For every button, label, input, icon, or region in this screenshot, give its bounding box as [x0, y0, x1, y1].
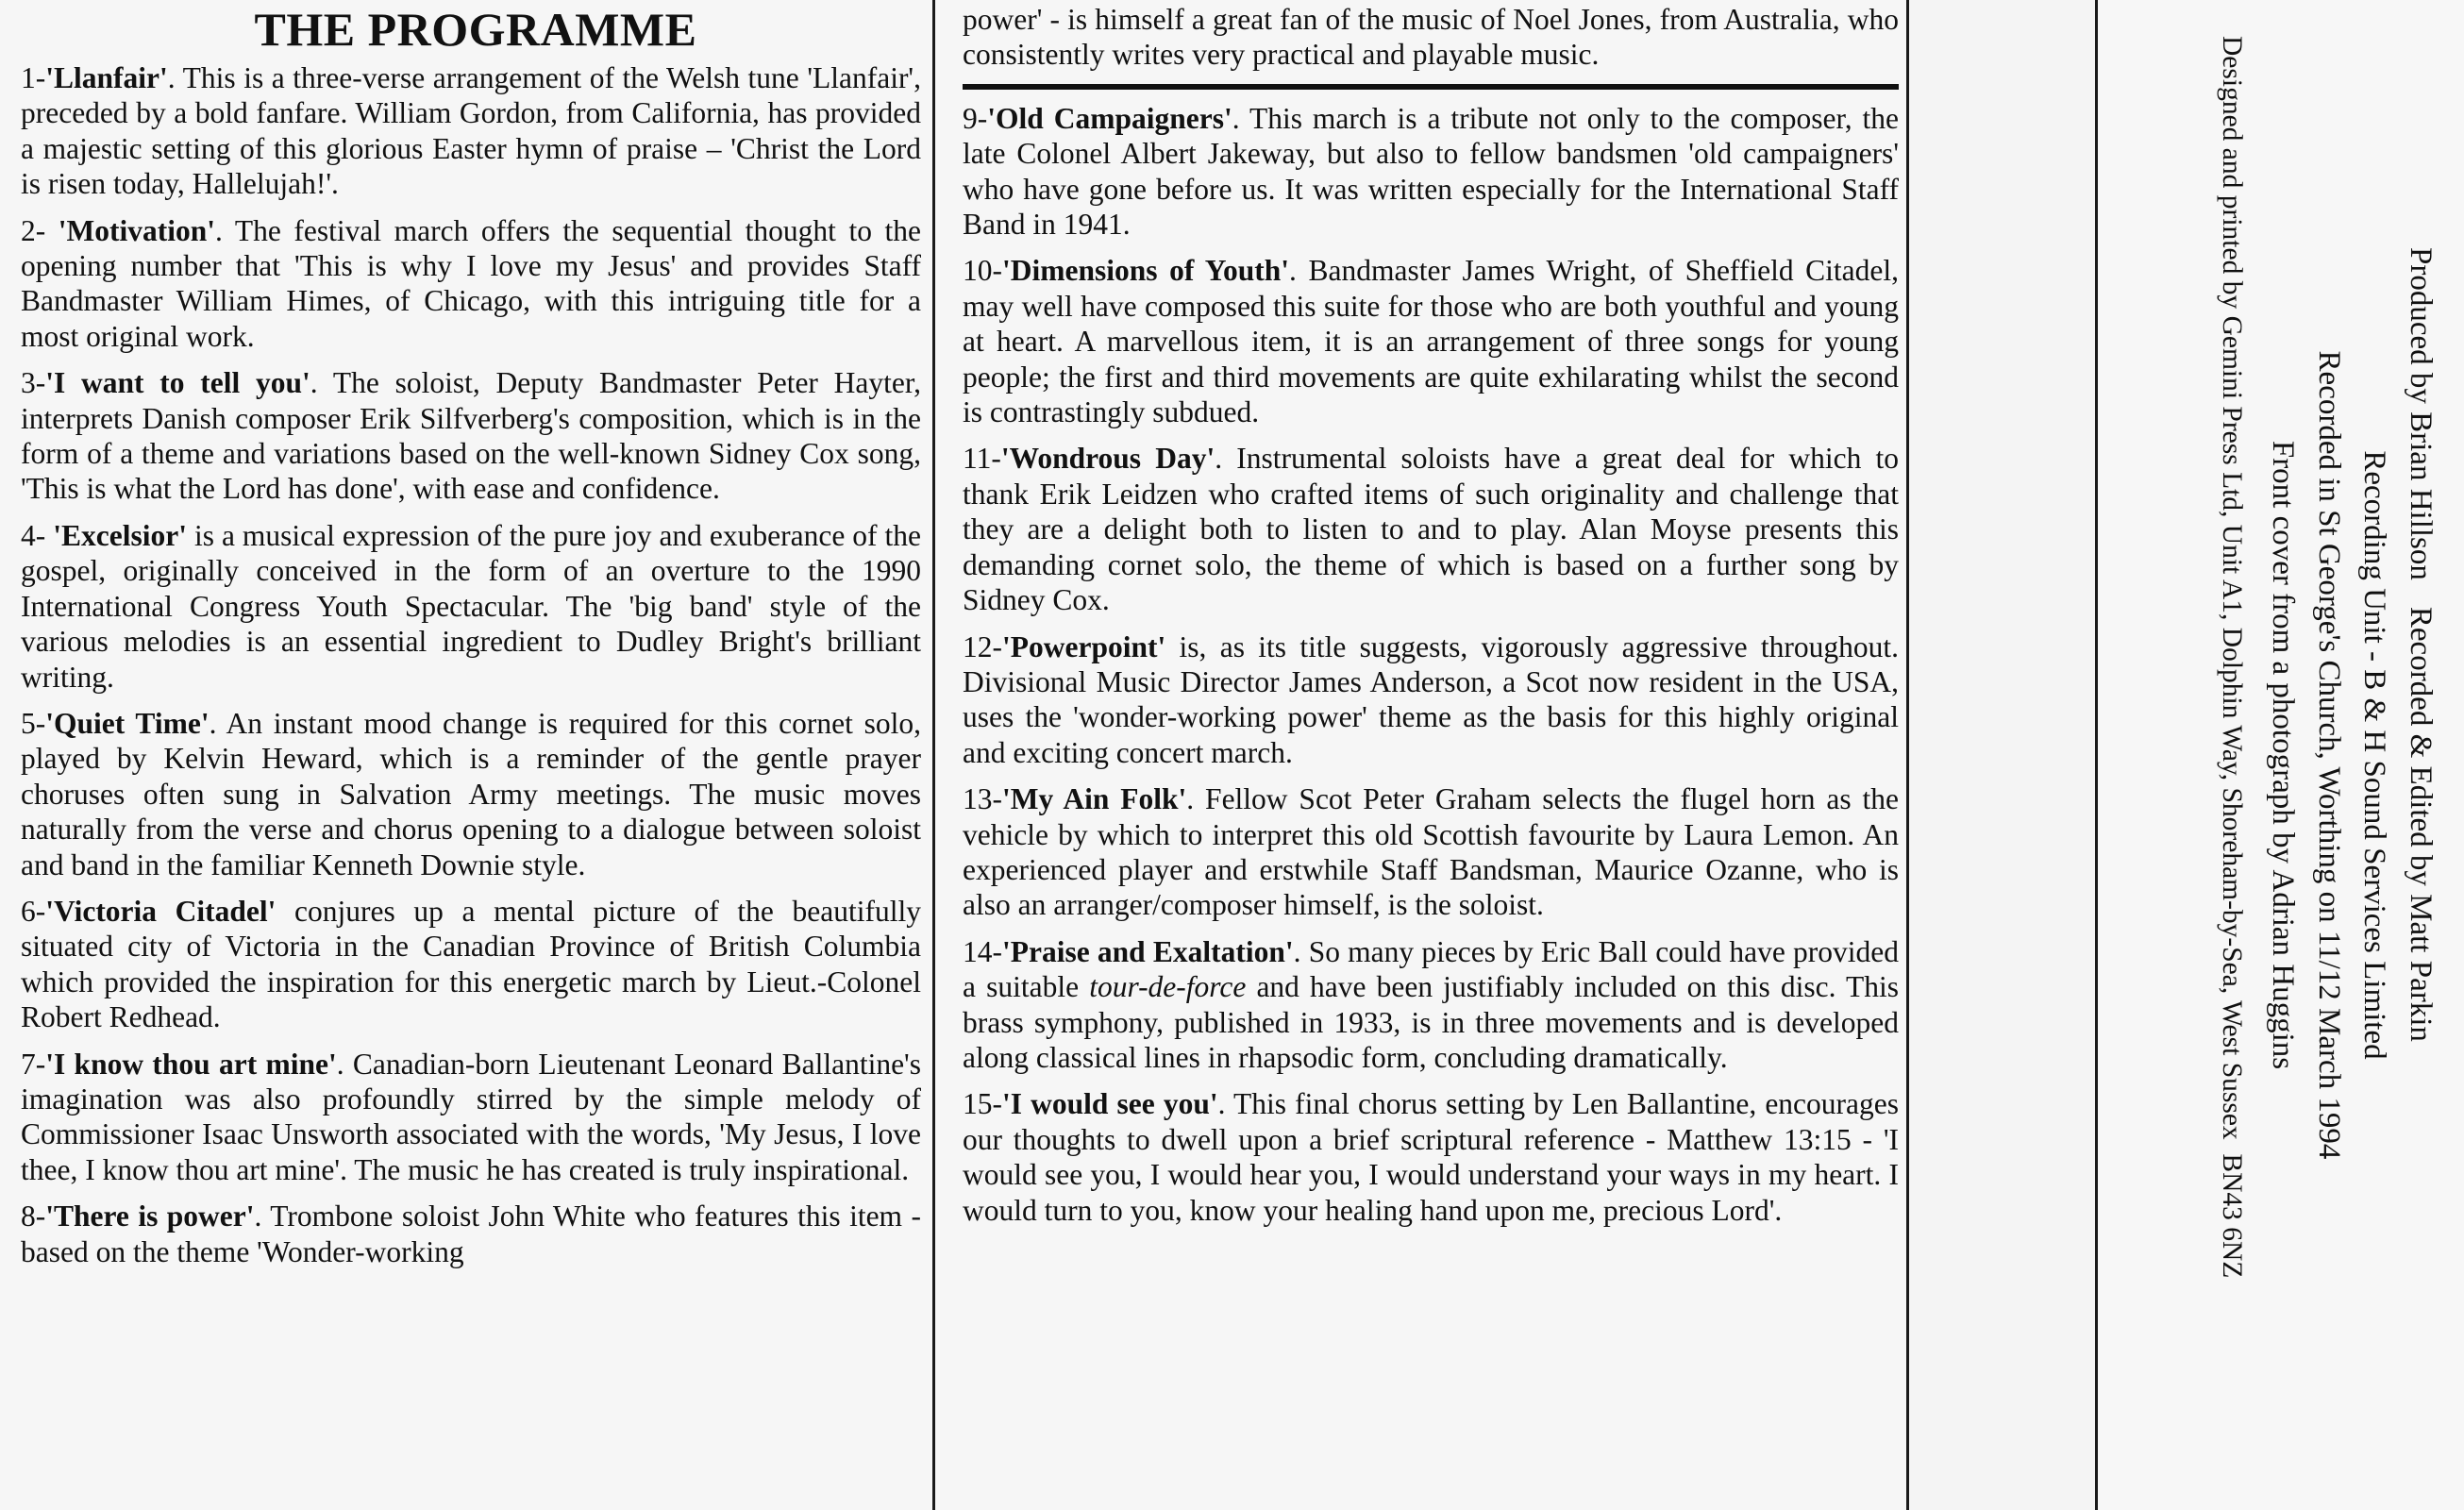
entry-number: 2- — [21, 214, 59, 247]
entry-title: 'Quiet Time' — [45, 707, 209, 740]
entry-title: 'Powerpoint' — [1002, 630, 1165, 663]
entry-title: 'Excelsior' — [53, 519, 187, 552]
entry-number: 4- — [21, 519, 53, 552]
programme-entry-11: 11-'Wondrous Day'. Instrumental soloists… — [963, 441, 1899, 617]
entry-title: 'Llanfair' — [45, 61, 168, 94]
liner-notes-page: THE PROGRAMME 1-'Llanfair'. This is a th… — [0, 0, 2464, 1510]
entry-title: 'Old Campaigners' — [987, 102, 1232, 135]
programme-entry-1: 1-'Llanfair'. This is a three-verse arra… — [21, 60, 921, 202]
credit-engineer: Recorded & Edited by Matt Parkin — [2404, 607, 2438, 1042]
programme-entry-7: 7-'I know thou art mine'. Canadian-born … — [21, 1047, 921, 1188]
credit-producer: Produced by Brian Hillson — [2404, 247, 2438, 580]
programme-entry-3: 3-'I want to tell you'. The soloist, Dep… — [21, 365, 921, 507]
entry-italic-phrase: tour-de-force — [1089, 970, 1246, 1003]
programme-column-middle: power' - is himself a great fan of the m… — [936, 0, 1908, 1510]
entry-number: 8- — [21, 1200, 45, 1233]
entry-title: 'Praise and Exaltation' — [1002, 935, 1294, 968]
entry-title: 'Dimensions of Youth' — [1002, 254, 1289, 287]
entry-number: 1- — [21, 61, 45, 94]
programme-column-left: THE PROGRAMME 1-'Llanfair'. This is a th… — [0, 0, 934, 1510]
programme-entry-6: 6-'Victoria Citadel' conjures up a menta… — [21, 894, 921, 1035]
credit-recording-unit: Recording Unit - B & H Sound Services Li… — [2352, 0, 2398, 1510]
entry-title: 'Wondrous Day' — [1001, 442, 1215, 475]
programme-entry-8-continued: power' - is himself a great fan of the m… — [963, 2, 1899, 73]
credits-panel: Produced by Brian HillsonRecorded & Edit… — [2098, 0, 2464, 1510]
programme-entry-13: 13-'My Ain Folk'. Fellow Scot Peter Grah… — [963, 781, 1899, 923]
credit-front-cover: Front cover from a photograph by Adrian … — [2260, 0, 2306, 1510]
entry-title: 'My Ain Folk' — [1002, 782, 1186, 815]
programme-entry-8: 8-'There is power'. Trombone soloist Joh… — [21, 1199, 921, 1269]
entry-number: 12- — [963, 630, 1002, 663]
entry-number: 3- — [21, 366, 45, 399]
programme-entry-2: 2- 'Motivation'. The festival march offe… — [21, 213, 921, 355]
programme-entry-5: 5-'Quiet Time'. An instant mood change i… — [21, 706, 921, 882]
entry-title: 'Motivation' — [59, 214, 215, 247]
column-divider — [932, 0, 935, 1510]
entry-number: 11- — [963, 442, 1001, 475]
entry-number: 13- — [963, 782, 1002, 815]
entry-number: 10- — [963, 254, 1002, 287]
entry-title: 'There is power' — [45, 1200, 254, 1233]
credit-designed-printed: Designed and printed by Gemini Press Ltd… — [2209, 0, 2255, 1510]
entry-title: 'I want to tell you' — [45, 366, 310, 399]
credit-recording-location: Recorded in St George's Church, Worthing… — [2306, 0, 2353, 1510]
credits-rotated-text: Produced by Brian HillsonRecorded & Edit… — [2098, 0, 2464, 1510]
entry-title: 'I would see you' — [1002, 1087, 1218, 1120]
programme-entry-14: 14-'Praise and Exaltation'. So many piec… — [963, 934, 1899, 1076]
entry-number: 14- — [963, 935, 1002, 968]
entry-title: 'I know thou art mine' — [45, 1048, 336, 1081]
entry-number: 5- — [21, 707, 45, 740]
programme-entry-15: 15-'I would see you'. This final chorus … — [963, 1086, 1899, 1228]
entry-number: 6- — [21, 895, 45, 928]
page-title: THE PROGRAMME — [21, 0, 921, 60]
entry-number: 15- — [963, 1087, 1002, 1120]
programme-entry-10: 10-'Dimensions of Youth'. Bandmaster Jam… — [963, 253, 1899, 429]
horizontal-rule — [963, 84, 1899, 90]
entry-title: 'Victoria Citadel' — [45, 895, 276, 928]
programme-entry-12: 12-'Powerpoint' is, as its title suggest… — [963, 629, 1899, 771]
credits-producer-line: Produced by Brian HillsonRecorded & Edit… — [2398, 0, 2444, 1510]
programme-entry-9: 9-'Old Campaigners'. This march is a tri… — [963, 101, 1899, 243]
entry-number: 9- — [963, 102, 987, 135]
entry-number: 7- — [21, 1048, 45, 1081]
spine-blank-strip — [1909, 0, 2095, 1510]
programme-entry-4: 4- 'Excelsior' is a musical expression o… — [21, 518, 921, 695]
